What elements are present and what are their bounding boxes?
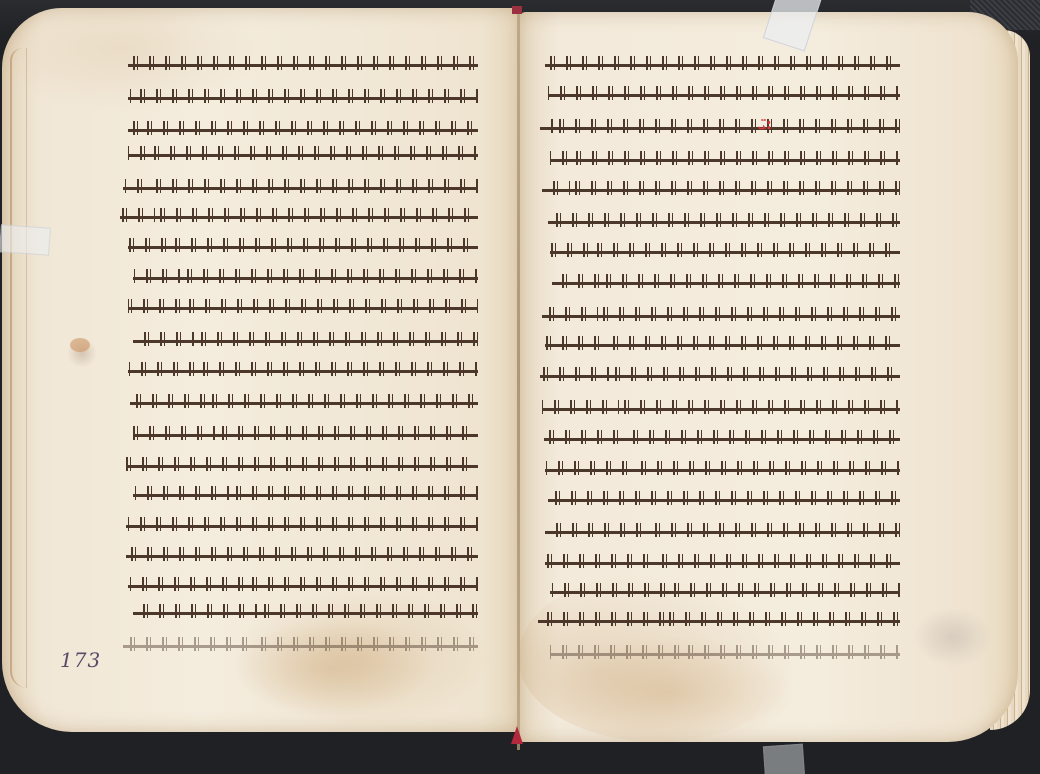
- script-line: [128, 238, 478, 252]
- handwritten-text: [548, 213, 900, 227]
- right-page-text: [535, 0, 900, 774]
- handwritten-text: [128, 362, 478, 376]
- script-line: [545, 461, 900, 475]
- handwritten-text: [128, 56, 478, 70]
- headband-top: [512, 6, 522, 14]
- handwritten-text: [540, 119, 900, 133]
- handwritten-text: [542, 181, 900, 195]
- handwritten-text: [128, 146, 478, 160]
- handwritten-text: [133, 332, 478, 346]
- script-line: [540, 367, 900, 381]
- script-line: [128, 89, 478, 103]
- handwritten-text: [545, 554, 900, 568]
- handwritten-text: [542, 307, 900, 321]
- smudge: [913, 607, 993, 667]
- handwritten-text: [544, 430, 900, 444]
- red-rubric: ܝ̈:: [758, 117, 772, 133]
- handwritten-text: [545, 461, 900, 475]
- handwritten-text: [550, 243, 900, 257]
- handwritten-text: [548, 86, 900, 100]
- script-line: [540, 119, 900, 133]
- script-line: [545, 336, 900, 350]
- script-line: [550, 583, 900, 597]
- handwritten-text: [128, 577, 478, 591]
- handwritten-text: [552, 274, 900, 288]
- script-line: [545, 554, 900, 568]
- script-line: [548, 213, 900, 227]
- script-line: [133, 269, 478, 283]
- tape-strip: [763, 744, 805, 774]
- script-line: [128, 362, 478, 376]
- handwritten-text: [126, 457, 478, 471]
- handwritten-text: [123, 637, 478, 651]
- script-line: [552, 274, 900, 288]
- folio-number: 173: [60, 648, 101, 672]
- script-line: [126, 517, 478, 531]
- script-line: [538, 612, 900, 626]
- script-line: [128, 146, 478, 160]
- handwritten-text: [128, 89, 478, 103]
- script-line: [545, 523, 900, 537]
- script-line: [544, 430, 900, 444]
- script-line: [126, 547, 478, 561]
- script-line: [550, 645, 900, 659]
- script-line: [133, 604, 478, 618]
- handwritten-text: [126, 547, 478, 561]
- script-line: [548, 86, 900, 100]
- left-page-text: [120, 0, 478, 774]
- handwritten-text: [133, 604, 478, 618]
- script-line: [133, 332, 478, 346]
- tape-strip: [0, 224, 51, 255]
- handwritten-text: [133, 269, 478, 283]
- handwritten-text: [128, 121, 478, 135]
- script-line: [126, 457, 478, 471]
- script-line: [128, 121, 478, 135]
- script-line: [542, 400, 900, 414]
- script-line: [128, 577, 478, 591]
- handwritten-text: [545, 336, 900, 350]
- handwritten-text: [120, 208, 478, 222]
- handwritten-text: [545, 523, 900, 537]
- script-line: [550, 243, 900, 257]
- handwritten-text: [548, 491, 900, 505]
- handwritten-text: [550, 583, 900, 597]
- script-line: [130, 394, 478, 408]
- spine-gutter: [517, 10, 520, 750]
- handwritten-text: [133, 426, 478, 440]
- script-line: [545, 56, 900, 70]
- script-line: [550, 151, 900, 165]
- wax-spot: [70, 338, 90, 352]
- handwritten-text: [550, 151, 900, 165]
- script-line: [123, 637, 478, 651]
- handwritten-text: [128, 238, 478, 252]
- handwritten-text: [128, 299, 478, 313]
- script-line: [120, 208, 478, 222]
- handwritten-text: [123, 179, 478, 193]
- script-line: [542, 181, 900, 195]
- handwritten-text: [538, 612, 900, 626]
- handwritten-text: [550, 645, 900, 659]
- script-line: [128, 56, 478, 70]
- handwritten-text: [133, 486, 478, 500]
- handwritten-text: [545, 56, 900, 70]
- handwritten-text: [542, 400, 900, 414]
- script-line: [548, 491, 900, 505]
- script-line: [542, 307, 900, 321]
- handwritten-text: [130, 394, 478, 408]
- script-line: [128, 299, 478, 313]
- handwritten-text: [540, 367, 900, 381]
- manuscript-photo: ܝ̈: 173: [0, 0, 1040, 774]
- handwritten-text: [126, 517, 478, 531]
- script-line: [133, 426, 478, 440]
- script-line: [133, 486, 478, 500]
- script-line: [123, 179, 478, 193]
